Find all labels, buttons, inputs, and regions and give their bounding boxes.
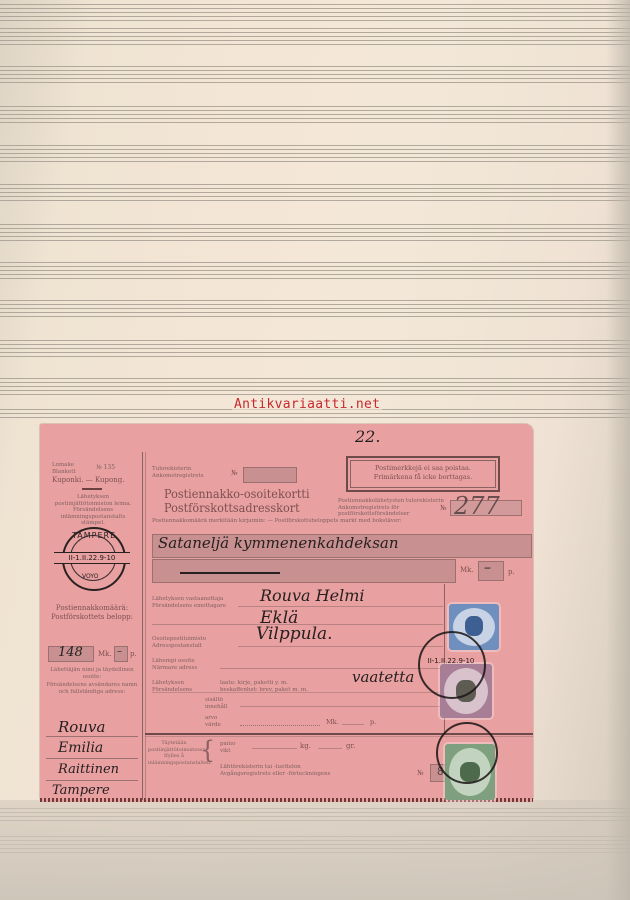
- arrival-register-label-sv: Ankomstregistrets: [152, 473, 204, 480]
- payout-number: 277: [454, 492, 500, 520]
- form-label-sv: Blankett: [52, 469, 76, 476]
- tampere-postmark: TAMPERE II-1.II.22.9-10 VOYO: [62, 527, 126, 591]
- postmark-city: TAMPERE: [72, 531, 116, 540]
- coupon-label: Kuponki. — Kupong.: [52, 476, 124, 484]
- recipient-name: Rouva Helmi: [260, 586, 364, 605]
- sender-name-label-fi: Lähettäjän nimi ja täydellinen osoite:: [46, 667, 138, 680]
- amount-label-sv: Postförskottets belopp:: [46, 613, 138, 622]
- staff: [0, 145, 630, 162]
- contents-value-label-sv: värde: [205, 722, 221, 729]
- contents-inside-label-sv: innehåll: [205, 704, 227, 711]
- office-section-label: Täytetään postiinjättötoimistossa. Ifyll…: [148, 740, 200, 766]
- amount-p-value: –: [117, 646, 122, 657]
- stamp-notice-box: Postimerkkejä ei saa poistaa. Frimärkena…: [346, 456, 500, 492]
- contents-type-value: vaatetta: [352, 668, 414, 686]
- payout-number-sign: №: [440, 504, 447, 512]
- staff: [0, 224, 630, 241]
- notice-fi: Postimerkkejä ei saa poistaa.: [348, 464, 498, 473]
- sender-line-1: Rouva: [58, 718, 105, 736]
- postal-order-card: 22. Lomake Blankett № 135 Kuponki. — Kup…: [40, 424, 533, 800]
- amount-in-words: Sataneljä kymmenenkahdeksan: [158, 534, 399, 552]
- staff: [0, 184, 630, 201]
- weight-gr-label: gr.: [346, 742, 355, 750]
- sender-name-label-sv: Försändelsens avsändares namn och fullst…: [46, 682, 138, 695]
- destination-label-sv: Adresspostanstalt: [152, 643, 206, 650]
- coupon-divider: [142, 452, 143, 800]
- recipient-label-fi: Lähetyksen vastaanottaja: [152, 596, 226, 603]
- staff: [0, 28, 630, 45]
- staff: [0, 4, 630, 21]
- staff: [0, 300, 630, 317]
- amount-mk-label: Mk.: [460, 566, 474, 574]
- staff: [0, 66, 630, 83]
- sender-line-2: Emilia: [58, 740, 103, 756]
- weight-label-fi: paino: [220, 741, 235, 748]
- destination-label-fi: Osoitepostitoimisto: [152, 636, 206, 643]
- lion-icon: [465, 616, 483, 636]
- form-number: № 135: [96, 465, 115, 472]
- title-fi: Postiennakko-osoitekortti: [164, 487, 310, 501]
- amount-mk-label: Mk.: [98, 650, 112, 658]
- contents-value-mk-label: Mk.: [326, 718, 339, 726]
- amount-words-box-2: [152, 559, 456, 583]
- page-shadow: [0, 800, 630, 900]
- recipient-label-sv: Försändelsens emottagare: [152, 603, 226, 610]
- staff: [0, 378, 630, 395]
- amount-p-label: p.: [130, 650, 137, 658]
- dispatch-register-label-sv: Avgångsregistrets eller -förteckningens: [220, 771, 331, 778]
- sender-line-4: Tampere: [52, 783, 110, 798]
- amount-p-label: p.: [508, 568, 515, 576]
- brace: {: [200, 738, 215, 762]
- nearer-address-label-sv: Närmare adress: [152, 665, 197, 672]
- weight-label-sv: vikt: [220, 748, 235, 755]
- amount-label-fi: Postiennakkomäärä:: [46, 604, 138, 613]
- destination-value: Vilppula.: [256, 624, 333, 644]
- amount-mk-value: –: [484, 560, 491, 576]
- cancellation-postmark: II-1.II.22.9-10: [418, 631, 486, 699]
- sender-line-3: Raittinen: [58, 762, 119, 777]
- amount-value: 148: [58, 645, 83, 660]
- amount-in-words-instruction: Postiennakkomäärä merkitään kirjaimin: —…: [152, 518, 402, 525]
- cancellation-postmark-2: [436, 722, 498, 784]
- arrival-number-box: [243, 467, 297, 483]
- weight-kg-label: kg.: [300, 742, 311, 750]
- nearer-address-label-fi: Lähempi osoite: [152, 658, 197, 665]
- notice-sv: Frimärkena få icke borttagas.: [348, 473, 498, 482]
- form-label-fi: Lomake: [52, 462, 76, 469]
- cancellation-date: II-1.II.22.9-10: [414, 657, 488, 665]
- postmark-date: II-1.II.22.9-10: [54, 552, 130, 564]
- watermark: Antikvariaatti.net: [232, 397, 382, 412]
- sender-office-label-sv: Försändelsens inlämningspostanstalts stä…: [48, 507, 138, 527]
- dispatch-number-sign: №: [417, 769, 424, 777]
- arrival-number-sign: №: [231, 469, 238, 477]
- postmark-bottom-text: VOYO: [82, 573, 98, 580]
- contents-value-p-label: p.: [370, 718, 376, 726]
- staff: [0, 106, 630, 123]
- title-sv: Postförskottsadresskort: [164, 501, 310, 515]
- handwritten-card-number: 22.: [355, 427, 380, 446]
- page-edge-shadow: [606, 0, 630, 900]
- sender-office-label-fi: Lähetyksen postiinjättötoimiston leima.: [48, 494, 138, 507]
- staff: [0, 340, 630, 357]
- staff: [0, 262, 630, 279]
